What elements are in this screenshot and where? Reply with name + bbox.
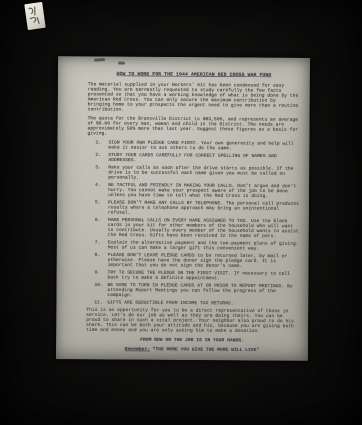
- item-number: 11.: [94, 300, 107, 305]
- item-number: 8.: [95, 252, 108, 267]
- item-text: BE TACTFUL AND FRIENDLY IN MAKING YOUR C…: [108, 182, 299, 198]
- item-number: 9.: [94, 270, 107, 280]
- item-text: BE SURE TO TURN IN PLEDGE CARDS AT OR PR…: [107, 282, 298, 298]
- document-title: HOW TO WORK FOR THE 1944 AMERICAN RED CR…: [88, 71, 300, 77]
- item-number: 4.: [95, 182, 108, 197]
- photo-mount: HOW TO WORK FOR THE 1944 AMERICAN RED CR…: [0, 0, 362, 425]
- instruction-list: 1. SIGN YOUR OWN PLEDGE CARD FIRST. Your…: [86, 140, 299, 306]
- list-item: 6. MAKE PERSONAL CALLS ON EVERY NAME ASS…: [95, 217, 299, 238]
- item-text: MAKE PERSONAL CALLS ON EVERY NAME ASSIGN…: [108, 217, 299, 238]
- item-number: 3.: [95, 165, 108, 180]
- item-text: Make your calls as soon after the drive …: [108, 165, 299, 181]
- reminder-line: Remember:"THE MORE YOU GIVE THE MORE WIL…: [86, 346, 298, 352]
- list-item: 9. TRY TO SECURE THE PLEDGE ON THE FIRST…: [94, 270, 298, 281]
- reminder-label: Remember:: [125, 346, 150, 352]
- intro-paragraph-2: The quota for the Bronxville District is…: [88, 116, 300, 137]
- footer-slogan: FROM NOW ON THE JOB IS IN YOUR HANDS.: [86, 337, 298, 343]
- list-item: 8. PLEASE DON'T LEAVE PLEDGE CARDS to be…: [95, 252, 299, 268]
- item-text: Explain the alternative payment and the …: [108, 240, 299, 251]
- document-paper: HOW TO WORK FOR THE 1944 AMERICAN RED CR…: [56, 56, 310, 361]
- item-text: TRY TO SECURE THE PLEDGE ON THE FIRST VI…: [107, 270, 298, 281]
- item-number: 10.: [94, 282, 107, 297]
- item-text: STUDY YOUR CARDS CAREFULLY FOR CORRECT S…: [108, 152, 299, 163]
- item-text: PLEASE DON'T LEAVE PLEDGE CARDS to be re…: [108, 252, 299, 268]
- item-number: 2.: [95, 152, 108, 162]
- document-content: HOW TO WORK FOR THE 1944 AMERICAN RED CR…: [86, 71, 300, 352]
- item-number: 7.: [95, 240, 108, 250]
- list-item: 5. PLEASE DON'T MAKE ANY CALLS BY TELEPH…: [95, 200, 299, 216]
- list-item: 10. BE SURE TO TURN IN PLEDGE CARDS AT O…: [94, 282, 298, 298]
- list-item: 11. GIFTS ARE DEDUCTIBLE FROM INCOME TAX…: [94, 300, 298, 306]
- ink-smudge: [94, 58, 105, 62]
- closing-paragraph: This is an opportunity for you to be a d…: [86, 307, 298, 333]
- list-item: 1. SIGN YOUR OWN PLEDGE CARD FIRST. Your…: [95, 140, 299, 151]
- list-item: 4. BE TACTFUL AND FRIENDLY IN MAKING YOU…: [95, 182, 299, 198]
- item-text: PLEASE DON'T MAKE ANY CALLS BY TELEPHONE…: [108, 200, 299, 216]
- handwritten-mark: [24, 2, 45, 30]
- item-number: 5.: [95, 200, 108, 215]
- list-item: 7. Explain the alternative payment and t…: [95, 240, 299, 251]
- item-number: 1.: [95, 140, 108, 150]
- item-text: SIGN YOUR OWN PLEDGE CARD FIRST. Your ow…: [108, 140, 299, 151]
- item-text: GIFTS ARE DEDUCTIBLE FROM INCOME TAX RET…: [107, 300, 298, 306]
- corner-tag: [24, 2, 45, 30]
- list-item: 2. STUDY YOUR CARDS CAREFULLY FOR CORREC…: [95, 152, 299, 163]
- ink-smudge: [118, 61, 125, 64]
- reminder-quote: "THE MORE YOU GIVE THE MORE WILL LIVE": [153, 346, 260, 352]
- intro-paragraph-1: The material supplied in your Workers' K…: [88, 82, 300, 113]
- list-item: 3. Make your calls as soon after the dri…: [95, 165, 299, 181]
- item-number: 6.: [95, 217, 108, 237]
